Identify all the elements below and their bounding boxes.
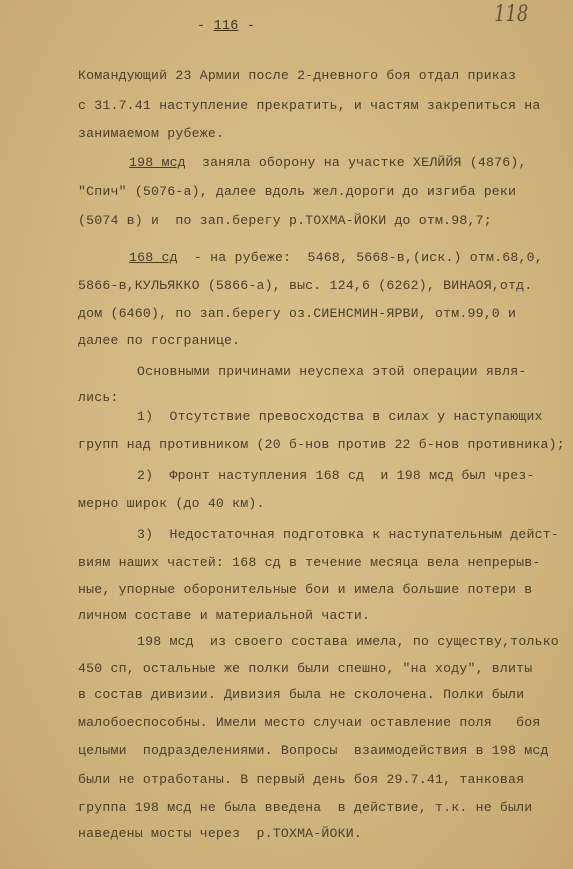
text-line: в состав дивизии. Дивизия была не сколоч… <box>78 687 524 702</box>
text-line: наведены мосты через р.ТОХМА-ЙОКИ. <box>78 826 362 841</box>
text-line: 198 мсд из своего состава имела, по суще… <box>137 634 559 649</box>
text-span: заняла оборону на участке ХЕЛЙЙЯ (4876), <box>186 155 527 170</box>
text-line: (5074 в) и по зап.берегу р.ТОХМА-ЙОКИ до… <box>78 213 492 228</box>
unit-name-198-msd: 198 мсд <box>129 155 186 170</box>
page-number-prefix: - <box>197 19 214 34</box>
text-line: дом (6460), по зап.берегу оз.СИЕНСМИН-ЯР… <box>78 306 516 321</box>
text-line: мерно широк (до 40 км). <box>78 496 265 511</box>
text-line: Командующий 23 Армии после 2-дневного бо… <box>78 68 516 83</box>
text-line: Основными причинами неуспеха этой операц… <box>137 364 526 379</box>
unit-name-168-sd: 168 сд <box>129 250 178 265</box>
text-line: 1) Отсутствие превосходства в силах у на… <box>137 409 543 424</box>
text-line: 450 сп, остальные же полки были спешно, … <box>78 661 532 676</box>
text-line: были не отработаны. В первый день боя 29… <box>78 772 524 787</box>
text-line: "Спич" (5076-а), далее вдоль жел.дороги … <box>78 184 516 199</box>
text-line: далее по госгранице. <box>78 333 240 348</box>
text-line: виям наших частей: 168 сд в течение меся… <box>78 555 541 570</box>
text-line: занимаемом рубеже. <box>78 126 224 141</box>
page-number-value: 116 <box>214 19 239 34</box>
text-line: 5866-в,КУЛЬЯККО (5866-а), выс. 124,6 (62… <box>78 278 532 293</box>
text-line: с 31.7.41 наступление прекратить, и част… <box>78 98 541 113</box>
text-line: ные, упорные оборонительные бои и имела … <box>78 582 532 597</box>
text-span: - на рубеже: 5468, 5668-в,(иск.) отм.68,… <box>178 250 543 265</box>
document-page: - 116 - 118 Командующий 23 Армии после 2… <box>0 0 573 869</box>
text-line: 198 мсд заняла оборону на участке ХЕЛЙЙЯ… <box>129 155 527 170</box>
text-line: целыми подразделениями. Вопросы взаимоде… <box>78 743 549 758</box>
handwritten-archive-mark: 118 <box>494 2 528 27</box>
text-line: групп над противником (20 б-нов против 2… <box>78 437 565 452</box>
text-line: 168 сд - на рубеже: 5468, 5668-в,(иск.) … <box>129 250 543 265</box>
text-line: личном составе и материальной части. <box>78 608 370 623</box>
text-line: малобоеспособны. Имели место случаи оста… <box>78 715 541 730</box>
text-line: лись: <box>78 390 119 405</box>
page-number-suffix: - <box>239 19 256 34</box>
text-line: группа 198 мсд не была введена в действи… <box>78 800 532 815</box>
page-number: - 116 - <box>197 19 255 34</box>
text-line: 3) Недостаточная подготовка к наступател… <box>137 527 559 542</box>
text-line: 2) Фронт наступления 168 сд и 198 мсд бы… <box>137 468 535 483</box>
